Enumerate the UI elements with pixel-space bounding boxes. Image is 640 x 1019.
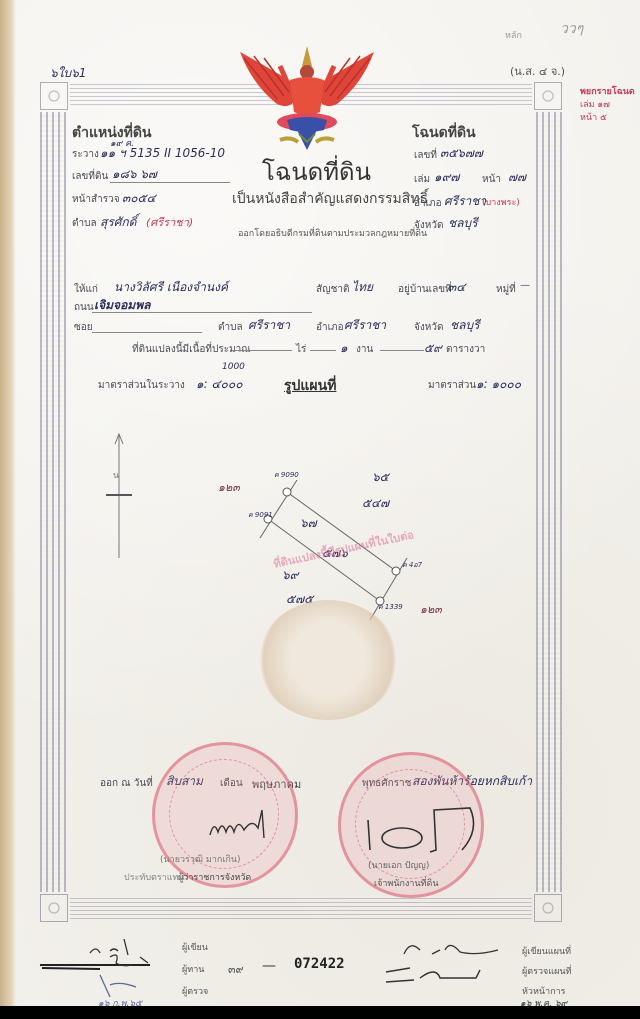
field-underline xyxy=(92,312,312,313)
neighbor-parcel: ๕๔๗ xyxy=(362,494,389,513)
border-bottom-microtext xyxy=(70,898,532,920)
issued-at-label: ออก ณ วันที่ xyxy=(100,776,153,791)
amphoe-value-top: ศรีราชา xyxy=(444,192,486,211)
paper-stain xyxy=(258,600,398,720)
footer-label-writer: ผู้เขียน xyxy=(182,940,208,954)
side-stamp-line3: หน้า ๕ xyxy=(580,110,607,124)
rai-label: ไร่ xyxy=(296,342,306,357)
ngan-underline xyxy=(310,350,336,351)
scale-label: มาตราส่วน xyxy=(428,378,476,393)
field-underline xyxy=(110,182,230,183)
amphoe-value: ศรีราชา xyxy=(344,316,386,335)
footer-label-map-writer: ผู้เขียนแผนที่ xyxy=(522,944,571,958)
border-corner-ornament xyxy=(40,894,68,922)
deed-info-heading: โฉนดที่ดิน xyxy=(412,122,476,144)
book-label: เล่ม xyxy=(414,172,430,187)
moo-value: — xyxy=(520,280,530,291)
moo-label: หมู่ที่ xyxy=(496,282,516,297)
footer-label-checker: ผู้ตรวจ xyxy=(182,984,208,998)
marker-label: ค 4อ7 xyxy=(402,560,422,571)
neighbor-parcel: ๑๒๓ xyxy=(218,478,240,496)
serial-dash: — xyxy=(262,958,276,974)
amphoe-label: อำเภอ xyxy=(316,320,344,335)
document-subtitle: เป็นหนังสือสำคัญแสดงกรรมสิทธิ์ xyxy=(232,188,428,210)
ngan-label: งาน xyxy=(356,342,373,357)
side-stamp-line1: พยกรายโฉนด xyxy=(580,84,635,98)
scale-rawang-value: ๑: ๔๐๐๐ xyxy=(196,375,243,394)
deed-number-value: ๓๕๖๗๗ xyxy=(440,144,483,163)
parcel-map xyxy=(190,440,490,620)
footer-label-map-checker: ผู้ตรวจแผนที่ xyxy=(522,964,571,978)
nationality-label: สัญชาติ xyxy=(316,282,350,297)
top-right-handwritten: ววๆ xyxy=(560,18,583,40)
form-code: (น.ส. ๔ จ.) xyxy=(510,62,565,80)
rawang-label: ระวาง xyxy=(72,147,99,162)
amphoe-label-top: อำเภอ xyxy=(414,196,442,211)
wa-value: ๕๙ xyxy=(424,339,442,358)
scale-rawang-label: มาตราส่วนในระวาง xyxy=(98,378,185,393)
ngan-value: ๑ xyxy=(340,339,348,358)
document-title: โฉนดที่ดิน xyxy=(262,152,371,191)
right-signer-name: (นายเอก ปัญญ) xyxy=(368,858,429,872)
serial-prefix: ๓๙ xyxy=(228,960,244,978)
marker-label: ค 9091 xyxy=(248,510,273,521)
issued-by: ออกโดยอธิบดีกรมที่ดินตามประมวลกฎหมายที่ด… xyxy=(238,226,427,240)
garuda-emblem-icon xyxy=(232,44,382,159)
province-label-top: จังหวัด xyxy=(414,218,443,233)
page-label: หน้า xyxy=(482,172,501,187)
house-no-label: อยู่บ้านเลขที่ xyxy=(398,282,452,297)
tambon-label-top: ตำบล xyxy=(72,216,97,231)
left-signer-note: ประทับตราแทน xyxy=(124,870,185,884)
border-right-microtext xyxy=(536,112,562,892)
footer-signatures-left xyxy=(40,935,190,1005)
title-deed-document: ๖ใบ๖1 หลัก ววๆ (น.ส. ๔ จ.) พยกรายโฉนด เล… xyxy=(0,0,640,1006)
marker-label: ค 1339 xyxy=(378,602,403,613)
tambon-value: ศรีราชา xyxy=(248,316,290,335)
top-right-label: หลัก xyxy=(505,28,522,42)
border-corner-ornament xyxy=(534,82,562,110)
footer-label-copier: ผู้ทาน xyxy=(182,962,204,976)
north-label: น xyxy=(113,468,119,482)
land-no-label: เลขที่ดิน xyxy=(72,169,108,184)
house-no-value: ๓๔ xyxy=(448,278,465,297)
side-stamp-line2: เล่ม ๑๗ xyxy=(580,97,610,111)
left-signer-name: (นายวรวุฒิ มากเกิน) xyxy=(160,852,241,866)
survey-page-value: ๓๐๕๔ xyxy=(122,189,156,208)
tambon-note: (ศรีราชา) xyxy=(146,213,193,231)
province-value-top: ชลบุรี xyxy=(448,214,478,233)
left-signer-title: ผู้ว่าราชการจังหวัด xyxy=(178,870,251,884)
signature-right xyxy=(350,800,490,860)
rawang-value: ๑๑ ฯ 5135 II 1056-10 xyxy=(100,144,225,163)
soi-underline xyxy=(92,332,202,333)
wa-label: ตารางวา xyxy=(446,342,485,357)
parcel-number: ๖๗ xyxy=(300,514,317,533)
paper-edge-stain xyxy=(0,0,16,1006)
soi-label: ซอย xyxy=(74,320,93,335)
signature-left xyxy=(200,800,300,850)
owner-name: นางวิลัศรี เนืองจำนงค์ xyxy=(114,278,228,297)
rai-underline xyxy=(232,350,292,351)
nationality-value: ไทย xyxy=(352,278,373,297)
deed-number-label: เลขที่ xyxy=(414,148,437,163)
handwritten-note-top-left: ๖ใบ๖1 xyxy=(50,64,86,83)
map-title: รูปแผนที่ xyxy=(284,375,336,397)
marker-label: ค 9090 xyxy=(274,470,299,481)
bottom-black-bar xyxy=(0,1006,640,1019)
tambon-value-top: สุรศักดิ์ xyxy=(100,213,136,232)
neighbor-parcel: ๖๕ xyxy=(372,468,389,487)
road-label: ถนน xyxy=(74,300,94,315)
scale-value: ๑: ๑๐๐๐ xyxy=(476,375,521,394)
border-corner-ornament xyxy=(40,82,68,110)
serial-number: 072422 xyxy=(294,956,345,972)
province-label: จังหวัด xyxy=(414,320,443,335)
border-corner-ornament xyxy=(534,894,562,922)
owner-to-label: ให้แก่ xyxy=(74,282,98,297)
tambon-label: ตำบล xyxy=(218,320,243,335)
neighbor-parcel: ๑๒๓ xyxy=(420,600,442,618)
province-value: ชลบุรี xyxy=(450,316,480,335)
scale-correction: 1000 xyxy=(222,362,245,372)
right-signer-title: เจ้าพนักงานที่ดิน xyxy=(374,876,438,890)
footer-signatures-right xyxy=(380,930,530,990)
north-arrow-icon xyxy=(104,430,134,560)
amphoe-note: (บางพระ) xyxy=(482,195,520,209)
wa-underline xyxy=(380,350,424,351)
book-value: ๑๙๗ xyxy=(434,168,459,187)
survey-page-label: หน้าสำรวจ xyxy=(72,192,120,207)
page-value: ๗๗ xyxy=(508,168,526,187)
border-left-microtext xyxy=(40,112,66,892)
